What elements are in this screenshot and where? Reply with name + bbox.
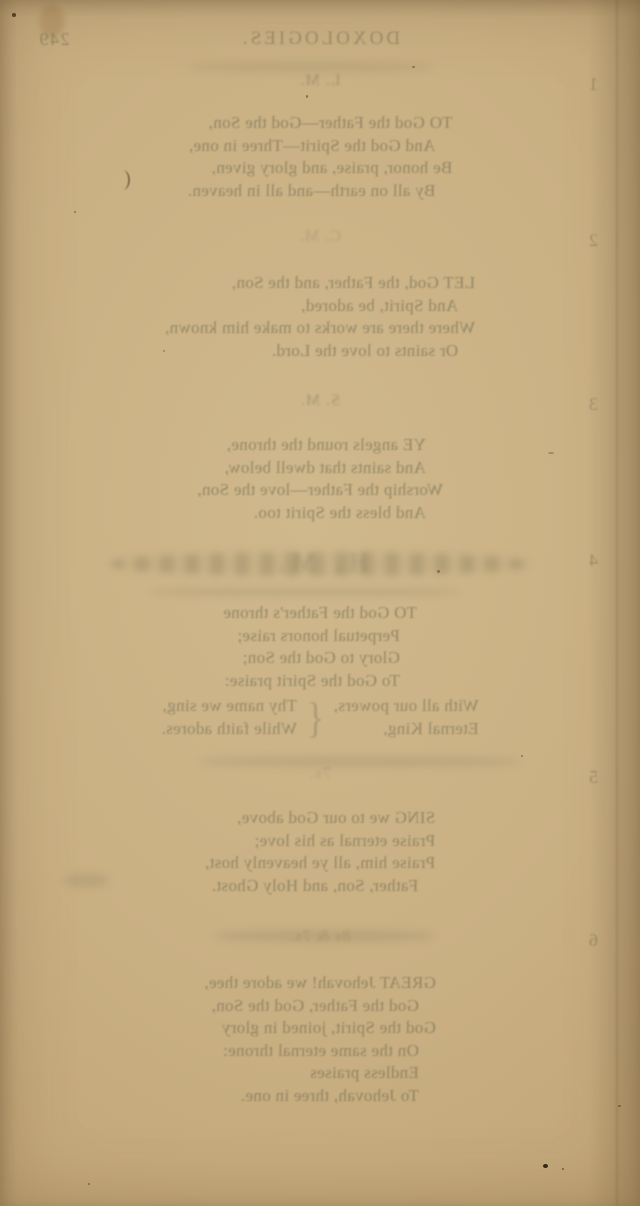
hymn-section: 6 8s & 7s. GREAT Jehovah! we adore thee,… [0,928,640,1107]
stanza-line: God the Spirit, joined in glory [204,1017,436,1040]
stanza-line: With all our powers, [334,695,479,718]
stanza-line: Glory to God the Son; [223,647,417,670]
stanza-line: TO God the Father's throne [223,602,417,625]
stanza: TO God the Father's thronePerpetual hono… [223,602,417,692]
stanza-line: Father, Son, and Holy Ghost. [205,875,435,898]
stanza-line: And Spirit, be adored, [165,295,475,318]
stanza: GREAT Jehovah! we adore thee,God the Fat… [204,972,436,1107]
meter-label: H. M. [0,548,640,582]
hymn-section: 5 7s. SING we to our God above,Praise et… [0,765,640,897]
stanza: YE angels round the throne,And saints th… [197,434,443,524]
stanza-line: GREAT Jehovah! we adore thee, [204,972,436,995]
stanza-line: YE angels round the throne, [197,434,443,457]
stanza-line: And saints that dwell below, [197,457,443,480]
stanza-line: TO God the Father—God the Son, [188,112,453,135]
couplet-brace: { [306,692,325,743]
showthrough-text-layer: DOXOLOGIES. 249 1 L. M. TO God the Fathe… [0,0,640,1206]
stanza-line: Perpetual honors raise; [223,625,417,648]
stanza-line: To Jehovah, three in one. [204,1085,436,1108]
stanza-line: LET God, the Father, and the Son, [165,272,475,295]
meter-label: 7s. [0,765,640,789]
stanza-line: On the same eternal throne: [204,1040,436,1063]
hymn-section: 1 L. M. TO God the Father—God the Son,An… [0,72,640,202]
book-page-scan: DOXOLOGIES. 249 1 L. M. TO God the Fathe… [0,0,640,1206]
stanza: SING we to our God above,Praise eternal … [205,807,435,897]
stanza-line: By all on earth—and all in heaven. [188,180,453,203]
meter-label: C. M. [0,228,640,252]
couplet-column-left: With all our powers,Eternal King, [334,695,479,740]
stanza-line: SING we to our God above, [205,807,435,830]
stanza: TO God the Father—God the Son,And God th… [188,112,453,202]
stanza-line: Or saints to love the Lord. [165,340,475,363]
stanza-line: Eternal King, [334,718,479,741]
stanza-line: Worship the Father—love the Son, [197,479,443,502]
stanza-line: And God the Spirit—Three in one, [188,135,453,158]
meter-label: L. M. [0,72,640,96]
page-title: DOXOLOGIES. [240,28,400,50]
hymn-section: 2 C. M. LET God, the Father, and the Son… [0,228,640,362]
hymn-section: 3 S. M. YE angels round the throne,And s… [0,392,640,524]
stanza-line: Praise him, all ye heavenly host, [205,852,435,875]
running-head: DOXOLOGIES. 249 [0,28,640,62]
stanza-line: Where there are works to make him known, [165,317,475,340]
stanza-line: Praise eternal as his love; [205,830,435,853]
meter-label: S. M. [0,392,640,416]
page-number: 249 [38,29,70,50]
stanza-line: God the Father, God the Son, [204,995,436,1018]
meter-label: 8s & 7s. [0,928,640,952]
stanza-line: To God the Spirit praise: [223,670,417,693]
stanza-couplet: With all our powers,Eternal King,{Thy na… [0,695,640,740]
stanza-line: And bless the Spirit too. [197,502,443,525]
stanza-line: While faith adores. [161,718,297,741]
couplet-column-right: Thy name we sing,While faith adores. [161,695,297,740]
hymn-section: 4 H. M. TO God the Father's thronePerpet… [0,548,640,740]
stanza: LET God, the Father, and the Son,And Spi… [165,272,475,362]
stanza-line: Endless praises [204,1062,436,1085]
stanza-line: Be honor, praise, and glory given, [188,157,453,180]
stanza-line: Thy name we sing, [161,695,297,718]
